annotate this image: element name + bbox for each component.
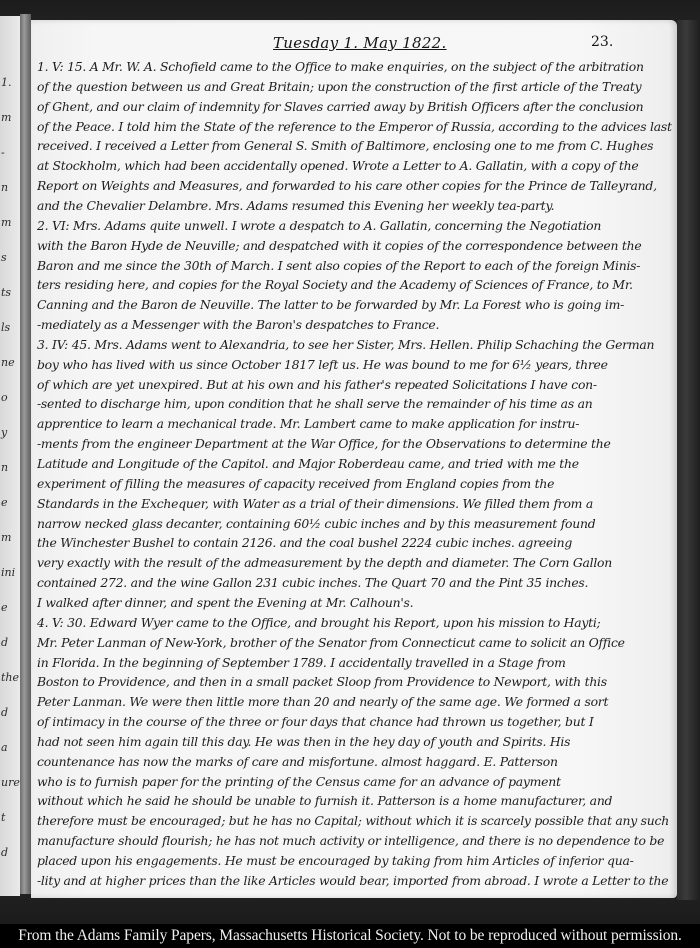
manuscript-line: of the question between us and Great Bri… xyxy=(37,76,673,98)
facing-page-fragment: ure xyxy=(1,776,20,789)
manuscript-line: 1. V: 15. A Mr. W. A. Schofield came to … xyxy=(37,56,673,78)
manuscript-line: 2. VI: Mrs. Adams quite unwell. I wrote … xyxy=(37,215,673,237)
manuscript-line: -ments from the engineer Department at t… xyxy=(37,433,673,455)
facing-page-fragment: 1. xyxy=(1,76,12,89)
facing-page-edge: 1.m-nmstslsneoyneminiedthedauretd xyxy=(0,16,20,896)
facing-page-fragment: n xyxy=(1,461,8,474)
manuscript-page: Tuesday 1. May 1822. 23. 1. V: 15. A Mr.… xyxy=(31,20,677,898)
manuscript-line: with the Baron Hyde de Neuville; and des… xyxy=(37,235,673,257)
facing-page-fragment: d xyxy=(1,636,8,649)
facing-page-fragment: ts xyxy=(1,286,11,299)
facing-page-fragment: t xyxy=(1,811,5,824)
manuscript-line: Latitude and Longitude of the Capitol. a… xyxy=(37,453,673,475)
manuscript-line: countenance has now the marks of care an… xyxy=(37,751,673,773)
page-number: 23. xyxy=(591,34,613,50)
facing-page-fragment: y xyxy=(1,426,7,439)
facing-page-fragment: d xyxy=(1,706,8,719)
manuscript-line: placed upon his engagements. He must be … xyxy=(37,850,673,872)
manuscript-line: Mr. Peter Lanman of New-York, brother of… xyxy=(37,632,673,654)
manuscript-line: Standards in the Exchequer, with Water a… xyxy=(37,493,673,515)
manuscript-line: Report on Weights and Measures, and forw… xyxy=(37,175,673,197)
copyright-caption: From the Adams Family Papers, Massachuse… xyxy=(0,924,700,948)
facing-page-fragment: - xyxy=(1,146,5,159)
facing-page-fragment: ne xyxy=(1,356,15,369)
manuscript-line: manufacture should flourish; he has not … xyxy=(37,830,673,852)
manuscript-line: received. I received a Letter from Gener… xyxy=(37,135,673,157)
facing-page-fragment: m xyxy=(1,111,11,124)
manuscript-line: I walked after dinner, and spent the Eve… xyxy=(37,592,673,614)
manuscript-line: Canning and the Baron de Neuville. The l… xyxy=(37,294,673,316)
book-right-edge xyxy=(677,20,700,900)
manuscript-line: -sented to discharge him, upon condition… xyxy=(37,393,673,415)
manuscript-line: and the Chevalier Delambre. Mrs. Adams r… xyxy=(37,195,673,217)
book-gutter xyxy=(20,14,31,894)
manuscript-line: very exactly with the result of the adme… xyxy=(37,552,673,574)
facing-page-fragment: d xyxy=(1,846,8,859)
facing-page-fragment: ls xyxy=(1,321,10,334)
manuscript-line: of Ghent, and our claim of indemnity for… xyxy=(37,96,673,118)
page-header: Tuesday 1. May 1822. 23. xyxy=(31,34,677,56)
facing-page-fragment: ini xyxy=(1,566,15,579)
facing-page-fragment: m xyxy=(1,216,11,229)
manuscript-line: had not seen him again till this day. He… xyxy=(37,731,673,753)
manuscript-line: boy who has lived with us since October … xyxy=(37,354,673,376)
manuscript-line: without which he said he should be unabl… xyxy=(37,790,673,812)
manuscript-line: apprentice to learn a mechanical trade. … xyxy=(37,413,673,435)
manuscript-line: contained 272. and the wine Gallon 231 c… xyxy=(37,572,673,594)
facing-page-fragment: e xyxy=(1,601,8,614)
facing-page-fragment: a xyxy=(1,741,8,754)
facing-page-fragment: n xyxy=(1,181,8,194)
date-title: Tuesday 1. May 1822. xyxy=(273,34,447,52)
manuscript-line: who is to furnish paper for the printing… xyxy=(37,771,673,793)
manuscript-line: of intimacy in the course of the three o… xyxy=(37,711,673,733)
manuscript-line: -lity and at higher prices than the like… xyxy=(37,870,673,892)
manuscript-line: -mediately as a Messenger with the Baron… xyxy=(37,314,673,336)
manuscript-line: Boston to Providence, and then in a smal… xyxy=(37,671,673,693)
manuscript-line: at Stockholm, which had been accidentall… xyxy=(37,155,673,177)
manuscript-line: of the Peace. I told him the State of th… xyxy=(37,116,673,138)
manuscript-line: 4. V: 30. Edward Wyer came to the Office… xyxy=(37,612,673,634)
facing-page-fragment: o xyxy=(1,391,8,404)
manuscript-line: therefore must be encouraged; but he has… xyxy=(37,810,673,832)
manuscript-line: of which are yet unexpired. But at his o… xyxy=(37,374,673,396)
facing-page-fragment: s xyxy=(1,251,7,264)
facing-page-fragment: m xyxy=(1,531,11,544)
manuscript-line: narrow necked glass decanter, containing… xyxy=(37,513,673,535)
facing-page-fragment: e xyxy=(1,496,8,509)
manuscript-line: ters residing here, and copies for the R… xyxy=(37,274,673,296)
manuscript-line: Peter Lanman. We were then little more t… xyxy=(37,691,673,713)
manuscript-line: the Winchester Bushel to contain 2126. a… xyxy=(37,532,673,554)
manuscript-line: Baron and me since the 30th of March. I … xyxy=(37,255,673,277)
manuscript-line: experiment of filling the measures of ca… xyxy=(37,473,673,495)
manuscript-line: in Florida. In the beginning of Septembe… xyxy=(37,652,673,674)
facing-page-fragment: the xyxy=(1,671,19,684)
manuscript-line: 3. IV: 45. Mrs. Adams went to Alexandria… xyxy=(37,334,673,356)
